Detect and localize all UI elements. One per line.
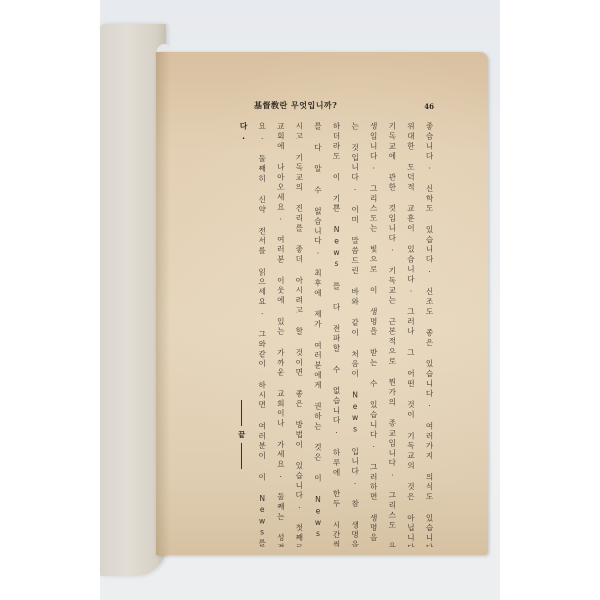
text-column: 좋습니다. 신학도 있습니다. 신조도 좋은 있습니다. 여러가지 의식도 있습… [419, 122, 438, 547]
text-column: 교회에 나아오세요. 여러분 이웃에 있는 가까운 교회이나 가세요. 둘째는 … [271, 122, 290, 547]
text-column-final: 다. [233, 122, 252, 547]
text-column: 시고 기독교의 진리를 좋더 아시려고 할 것이면 좋은 방법이 있습니다. 첫… [289, 122, 308, 547]
text-column: 위대한 도덕적 교훈이 있습니다. 그러나 그 어떤 것이 기독교의 것은 아닙… [401, 122, 420, 547]
end-label: 끝 [238, 429, 245, 440]
backdrop [0, 0, 100, 600]
backdrop [500, 0, 600, 600]
text-column: 하더라도 이 기쁜 News 를 다 전파할 수 없습니다. 하루에 한두 시간… [326, 122, 345, 547]
end-mark: 끝 [238, 400, 245, 469]
text-column: 생입니다. 그리스도는 빛으로 이 생명을 받는 수 있습니다. 그러하면 생명… [364, 122, 383, 547]
photo-scene: 基督敎란 무엇입니까? 46 좋습니다. 신학도 있습니다. 신조도 좋은 있습… [0, 0, 600, 600]
running-head: 基督敎란 무엇입니까? [254, 100, 337, 111]
book-page: 基督敎란 무엇입니까? 46 좋습니다. 신학도 있습니다. 신조도 좋은 있습… [156, 52, 488, 555]
text-column: 를 다 알 수 없습니다. 최후에 제가 여러분에게 권하는 것은 이 News… [308, 122, 327, 547]
text-column: 는 것입니다. 이미 말씀드린 바와 같이 처음이 News 입니다. 참 생명… [345, 122, 364, 547]
end-rule-bottom [241, 443, 242, 469]
vertical-text-block: 좋습니다. 신학도 있습니다. 신조도 좋은 있습니다. 여러가지 의식도 있습… [233, 122, 438, 547]
page-number: 46 [424, 102, 434, 111]
text-column: 요. 둘째히 신약 전서를 읽으세요. 그와같이 하시면 여러분이 이 News… [252, 122, 271, 547]
text-column: 기독교에 관한 것입니다. 기독교는 근본적으로 뭔가의 종교입니다. 그리스도… [382, 122, 401, 547]
end-rule-top [241, 400, 242, 426]
